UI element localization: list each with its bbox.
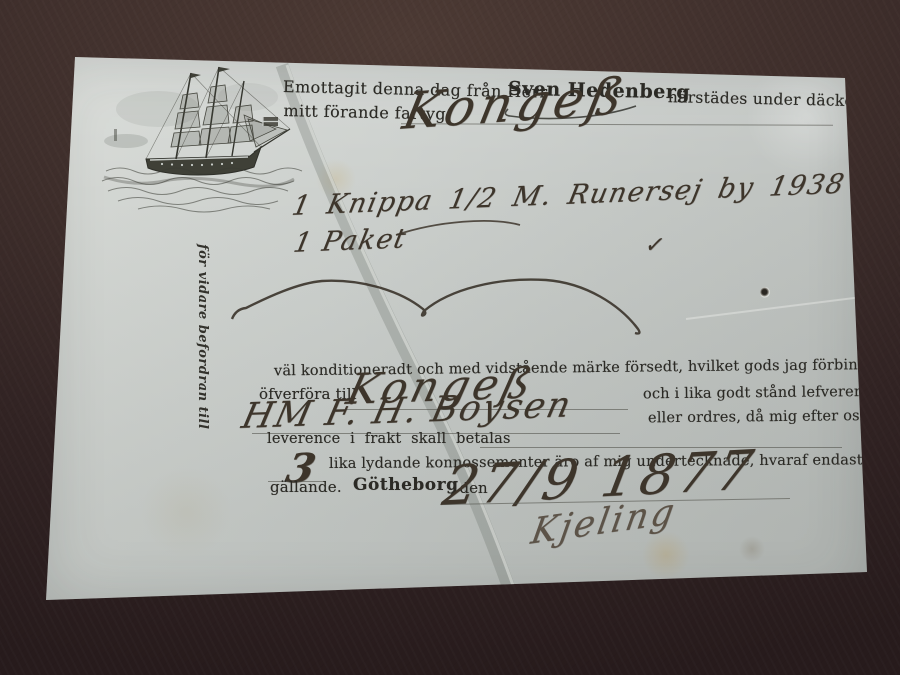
paper-hole [760, 287, 770, 298]
margin-note-vertical: för vidare befordran till [194, 244, 210, 414]
cargo-entries: 1 Knippa 1/2 M. Runersej by 1938 1 Paket [288, 169, 843, 259]
checkmark-annotation: ✓ [644, 233, 662, 258]
ship-engraving [98, 59, 308, 217]
under-deck-text: härstädes under däcket af [668, 88, 882, 110]
orders-line: eller ordres, då mig efter oskadad [648, 408, 900, 427]
valid-text: gällande. [270, 478, 342, 496]
paper-texture-overlay [46, 57, 867, 600]
paper-crease-right [686, 297, 862, 319]
photograph-of-document: för vidare befordran till Emottagit denn… [0, 0, 900, 675]
handwritten-brace-flourish [232, 280, 639, 334]
bill-of-lading-paper: för vidare befordran till Emottagit denn… [46, 57, 867, 600]
vessel-name-handwritten: Kongeß [398, 66, 633, 141]
deliver-line: och i lika godt stånd lefverera till [643, 384, 895, 403]
